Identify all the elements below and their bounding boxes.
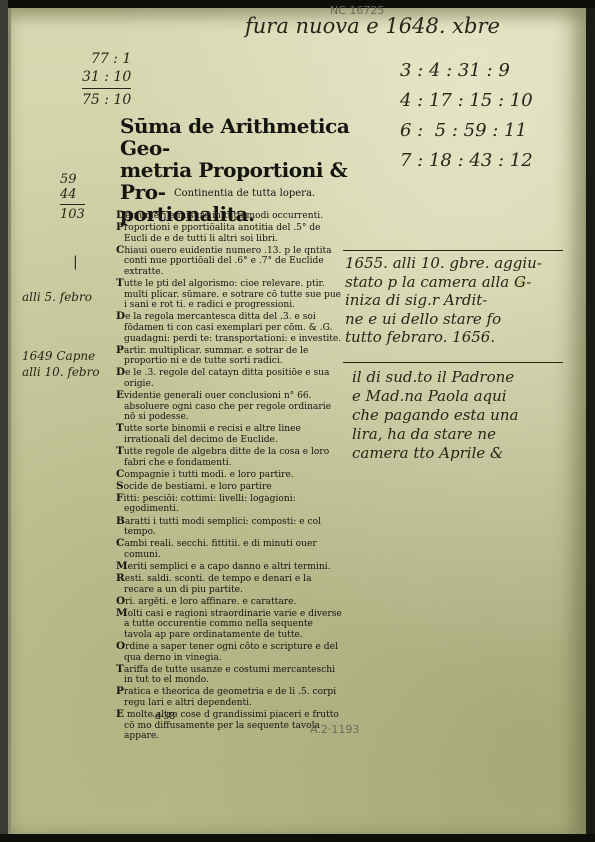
note-line: alli 10. febro: [22, 364, 100, 380]
sum-rule: [82, 88, 131, 89]
note-line: lira, ha da stare ne: [352, 425, 582, 444]
contents-item: Socide de bestiami. e loro partire: [116, 481, 342, 493]
note-line: tutto febraro. 1656.: [345, 328, 580, 347]
note-line: stato p la camera alla G-: [345, 273, 580, 292]
contents-item: De numeri e misure in tutti modi occurre…: [116, 210, 342, 222]
contents-item: Partir. multiplicar. summar. e sotrar de…: [116, 345, 342, 367]
margin-note-padrone: il di sud.to il Padrone e Mad.na Paola a…: [352, 368, 582, 463]
title-line: Sūma de Arithmetica Geo-: [120, 115, 350, 159]
margin-note-1649: 1649 Capne alli 10. febro: [22, 348, 100, 380]
contents-item: Meriti semplici e a capo danno e altri t…: [116, 561, 342, 573]
divider-line: [343, 250, 563, 251]
contents-item: Cambi reali. secchi. fittitii. e di minu…: [116, 538, 342, 560]
contents-item: Compagnie i tutti modi. e loro partire.: [116, 469, 342, 481]
tick-mark: |: [73, 254, 78, 270]
calc-row: 4 : 17 : 15 : 10: [400, 86, 533, 116]
folio-mark: ·d·38·: [152, 712, 178, 722]
contents-item: Tutte sorte binomii e recisi e altre lin…: [116, 423, 342, 445]
calc-result: 103: [60, 207, 85, 222]
contents-item: Evidentie generali ouer conclusioni n° 6…: [116, 390, 342, 423]
calc-row: 7 : 18 : 43 : 12: [400, 146, 533, 176]
margin-note-1655: 1655. alli 10. gbre. aggiu- stato p la c…: [345, 254, 580, 347]
contents-item: De le .3. regole del catayn ditta positi…: [116, 367, 342, 389]
calc-row: 3 : 4 : 31 : 9: [400, 56, 533, 86]
note-line: e Mad.na Paola aqui: [352, 387, 582, 406]
sum-rule: [60, 204, 85, 205]
contents-item: E molte altre cose d grandissimi piaceri…: [116, 709, 342, 742]
note-line: il di sud.to il Padrone: [352, 368, 582, 387]
calc-line: 44: [60, 187, 85, 202]
contents-item: Baratti i tutti modi semplici: composti:…: [116, 516, 342, 538]
contents-item: De la regola mercantesca ditta del .3. e…: [116, 311, 342, 344]
table-of-contents: De numeri e misure in tutti modi occurre…: [116, 210, 342, 742]
contents-item: Chiaui ouero euidentie numero .13. p le …: [116, 245, 342, 278]
contents-item: Tutte le pti del algorismo: cioe relevar…: [116, 278, 342, 311]
calc-line: 77 : 1: [82, 50, 131, 68]
contents-item: Ori. argēti. e loro affinare. e carattar…: [116, 596, 342, 608]
page-title: Sūma de Arithmetica Geo- metria Proporti…: [120, 115, 350, 225]
margin-calculation-b: 59 44 103: [60, 172, 85, 222]
contents-item: Ordine a saper tener ogni cōto e scriptu…: [116, 641, 342, 663]
note-line: 1649 Capne: [22, 348, 100, 364]
note-line: 1655. alli 10. gbre. aggiu-: [345, 254, 580, 273]
contents-item: Resti. saldi. sconti. de tempo e denari …: [116, 573, 342, 595]
scan-top-edge: [0, 0, 595, 8]
contents-item: Molti casi e ragioni straordinarie varie…: [116, 608, 342, 641]
calc-line: 31 : 10: [82, 68, 131, 86]
handwritten-calculation-table: 3 : 4 : 31 : 9 4 : 17 : 15 : 10 6 : 5 : …: [400, 56, 533, 176]
margin-note-feb5: alli 5. febro: [22, 290, 92, 304]
margin-calculation-a: 77 : 1 31 : 10 75 : 10: [82, 50, 131, 109]
handwritten-heading: fura nuova e 1648. xbre: [245, 14, 500, 38]
note-line: camera tto Aprile &: [352, 444, 582, 463]
note-line: iniza di sig.r Ardit-: [345, 291, 580, 310]
contents-item: Pratica e theorica de geometria e de li …: [116, 686, 342, 708]
contents-item: Fitti: pesciōi: cottimi: livelli: logagi…: [116, 493, 342, 515]
divider-line: [343, 362, 563, 363]
note-line: ne e ui dello stare fo: [345, 310, 580, 329]
calc-result: 75 : 10: [82, 91, 131, 109]
contents-item: Tutte regole de algebra ditte de la cosa…: [116, 446, 342, 468]
contents-item: Proportioni e pportiōalita anotitia del …: [116, 222, 342, 244]
binding-spine: [0, 0, 8, 842]
contents-heading: Continentia de tutta lopera.: [174, 188, 315, 199]
shelfmark-bottom: A.2·1193: [310, 723, 359, 736]
note-line: che pagando esta una: [352, 406, 582, 425]
scan-bottom-edge: [0, 834, 595, 842]
contents-item: Tariffa de tutte usanze e costumi mercan…: [116, 664, 342, 686]
calc-line: 59: [60, 172, 85, 187]
calc-row: 6 : 5 : 59 : 11: [400, 116, 533, 146]
